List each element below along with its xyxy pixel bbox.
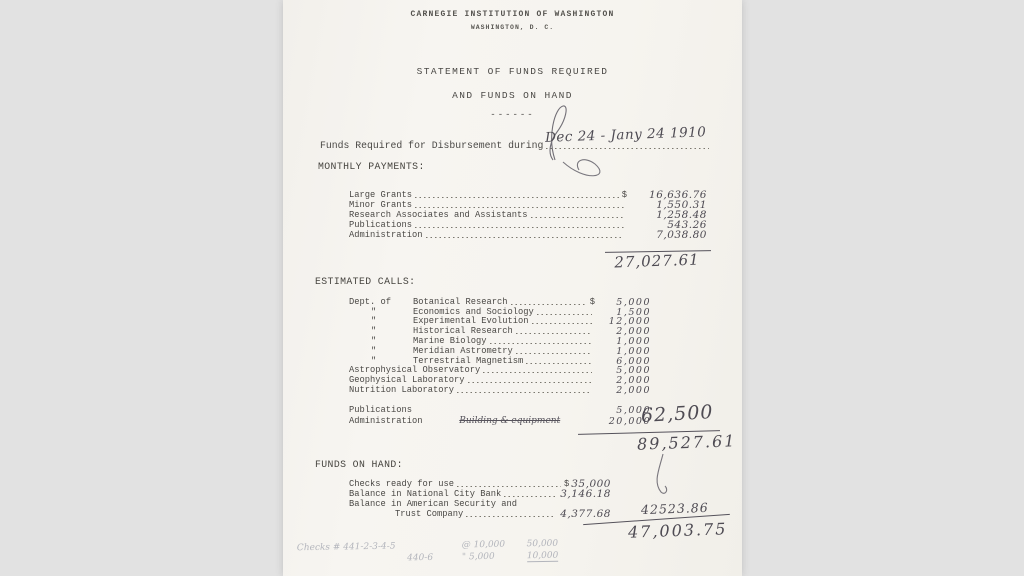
dotted-leader [526, 363, 592, 364]
currency-sign: $ [622, 190, 627, 200]
table-row: Publications 543.26 [349, 220, 707, 230]
table-row: Minor Grants 1,550.31 [349, 200, 707, 210]
row-prefix: Dept. of [349, 297, 413, 307]
dotted-leader [537, 314, 592, 315]
org-location: WASHINGTON, D. C. [283, 24, 742, 31]
row-label: Astrophysical Observatory [349, 365, 480, 375]
row-label: Research Associates and Assistants [349, 210, 528, 220]
row-prefix: " [349, 346, 413, 356]
handwriting-descender-stroke [649, 452, 679, 496]
row-label: Minor Grants [349, 200, 412, 210]
table-row: Publications 5,000 [349, 404, 651, 415]
handwritten-amount: 3,146.18 [560, 490, 611, 499]
table-row: Dept. of Botanical Research $ 5,000 [349, 297, 651, 307]
dotted-leader [415, 207, 624, 208]
table-row: Geophysical Laboratory 2,000 [349, 375, 651, 385]
handwritten-amount: 6,000 [597, 357, 651, 366]
dotted-leader [468, 382, 592, 383]
dotted-leader [532, 323, 592, 324]
row-label: Publications [349, 405, 412, 415]
handwritten-amount: 2,000 [597, 376, 651, 385]
handwritten-amount: 12,000 [597, 317, 651, 326]
row-prefix: " [349, 326, 413, 336]
handwritten-strikethrough-note: Building & equipment [427, 417, 593, 426]
pencil-unit-amount: " 5,000 [462, 551, 524, 562]
row-label: Balance in National City Bank [349, 489, 501, 499]
scanned-document-page: CARNEGIE INSTITUTION OF WASHINGTON WASHI… [283, 0, 742, 576]
estimated-calls-heading: ESTIMATED CALLS: [315, 276, 415, 287]
handwritten-amount: 5,000 [597, 366, 651, 375]
currency-sign: $ [590, 297, 595, 307]
pencil-notes: Checks # 441-2-3-4-5 @ 10,000 50,000 440… [297, 539, 559, 568]
estimated-calls-subtotal-handwritten: 62,500 [640, 401, 714, 427]
funds-on-hand-grand-total-handwritten: 47,003.75 [628, 519, 728, 541]
table-row: Trust Company 4,377.68 [349, 509, 611, 519]
table-row: " Experimental Evolution 12,000 [349, 317, 651, 327]
row-label: Meridian Astrometry [413, 346, 513, 356]
estimated-calls-table: Dept. of Botanical Research $ 5,000 " Ec… [349, 297, 651, 395]
dotted-leader [457, 486, 561, 487]
pencil-checks-numbers: Checks # 441-2-3-4-5 [297, 540, 459, 553]
handwritten-amount: 2,000 [597, 386, 651, 395]
row-label: Administration [349, 230, 423, 240]
funds-on-hand-heading: FUNDS ON HAND: [315, 459, 403, 470]
table-row: " Meridian Astrometry 1,000 [349, 346, 651, 356]
estimated-calls-extra-rows: Publications 5,000 Administration Buildi… [349, 404, 651, 426]
row-label: Marine Biology [413, 336, 487, 346]
table-row: Research Associates and Assistants 1,258… [349, 210, 707, 220]
table-row: Administration 7,038.80 [349, 230, 707, 240]
row-label: Experimental Evolution [413, 316, 529, 326]
dotted-leader [511, 304, 587, 305]
table-row: Balance in National City Bank 3,146.18 [349, 489, 611, 499]
row-label: Checks ready for use [349, 479, 454, 489]
handwritten-amount: 7,038.80 [629, 231, 707, 240]
funds-on-hand-table: Checks ready for use $ 35,000 Balance in… [349, 479, 611, 519]
monthly-payments-heading: MONTHLY PAYMENTS: [318, 161, 425, 172]
divider-dashes: ------ [283, 110, 742, 120]
row-label: Administration [349, 416, 423, 426]
handwritten-amount: 4,377.68 [560, 510, 611, 519]
row-label: Publications [349, 220, 412, 230]
dotted-leader [504, 496, 555, 497]
monthly-total-handwritten: 27,027.61 [601, 250, 714, 272]
org-name: CARNEGIE INSTITUTION OF WASHINGTON [283, 10, 742, 19]
dotted-leader [531, 217, 624, 218]
pencil-total-amount: 10,000 [527, 551, 559, 563]
row-label: Large Grants [349, 190, 412, 200]
row-label: Balance in American Security and [349, 499, 517, 509]
handwritten-amount: 5,000 [597, 298, 651, 307]
table-row: " Economics and Sociology 1,500 [349, 307, 651, 317]
table-row: " Terrestrial Magnetism 6,000 [349, 356, 651, 366]
table-row: " Marine Biology 1,000 [349, 336, 651, 346]
dotted-leader [516, 353, 592, 354]
row-label: Nutrition Laboratory [349, 385, 454, 395]
dotted-leader [483, 372, 592, 373]
table-row: Administration Building & equipment 20,0… [349, 415, 651, 426]
intro-label: Funds Required for Disbursement during [320, 140, 543, 151]
handwritten-amount: 1,000 [597, 337, 651, 346]
row-label: Trust Company [349, 509, 463, 519]
dotted-leader [466, 516, 555, 517]
pencil-checks-numbers: 440-6 [407, 552, 459, 563]
row-prefix: " [349, 316, 413, 326]
row-prefix: " [349, 336, 413, 346]
handwritten-amount: 2,000 [597, 327, 651, 336]
doc-title-line1: STATEMENT OF FUNDS REQUIRED [283, 66, 742, 77]
doc-title-line2: AND FUNDS ON HAND [283, 90, 742, 101]
row-prefix: " [349, 307, 413, 317]
row-label: Terrestrial Magnetism [413, 356, 523, 366]
row-prefix: " [349, 356, 413, 366]
table-row: Astrophysical Observatory 5,000 [349, 366, 651, 376]
dotted-leader [426, 237, 624, 238]
dotted-leader [415, 227, 624, 228]
pencil-unit-amount: @ 10,000 [462, 539, 524, 550]
funds-on-hand-cross-total-handwritten: 42523.86 [641, 500, 709, 517]
table-row: Large Grants $ 16,636.76 [349, 190, 707, 200]
table-row: " Historical Research 2,000 [349, 326, 651, 336]
handwritten-amount: 1,000 [597, 347, 651, 356]
estimated-calls-grand-total-handwritten: 89,527.61 [637, 431, 737, 453]
row-label: Historical Research [413, 326, 513, 336]
pencil-total-amount: 50,000 [527, 539, 559, 550]
row-label: Economics and Sociology [413, 307, 534, 317]
dotted-leader [415, 197, 619, 198]
row-label: Botanical Research [413, 297, 508, 307]
handwritten-amount: 1,500 [597, 308, 651, 317]
monthly-payments-table: Large Grants $ 16,636.76 Minor Grants 1,… [349, 190, 707, 240]
dotted-leader [516, 333, 592, 334]
table-row: Nutrition Laboratory 2,000 [349, 385, 651, 395]
row-label: Geophysical Laboratory [349, 375, 465, 385]
dotted-leader [490, 343, 592, 344]
dotted-leader [457, 392, 592, 393]
